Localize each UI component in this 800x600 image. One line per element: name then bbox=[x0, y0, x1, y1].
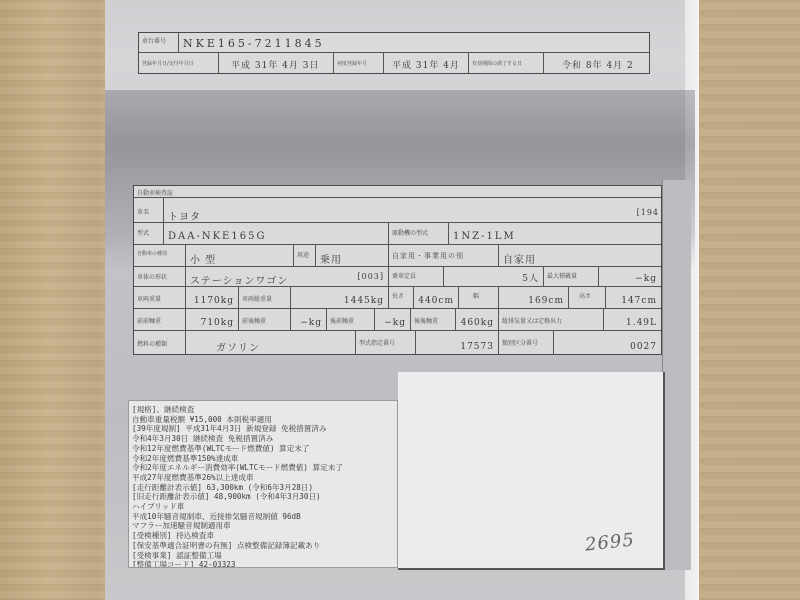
height-value: 147cm bbox=[621, 296, 657, 306]
width-label: 幅 bbox=[473, 291, 479, 300]
front-axle-value: 710kg bbox=[201, 318, 234, 328]
remarks-line: [39年度規制] 平成31年4月3日 新規登録 免税措置済み bbox=[132, 424, 395, 434]
type-designation-label-cell: 型式指定番号 bbox=[356, 331, 416, 354]
front-rear-axle-cell: −kg bbox=[291, 309, 327, 331]
capacity-label: 乗車定員 bbox=[392, 271, 416, 280]
remarks-line: 令和2年度燃費基準150%達成車 bbox=[132, 454, 395, 464]
rear-axle-label: 後後軸重 bbox=[414, 316, 438, 325]
weight-value: 1170kg bbox=[194, 296, 234, 306]
max-load-value: −kg bbox=[635, 274, 657, 284]
type-designation-cell: 17573 bbox=[416, 331, 499, 354]
private-business-cell: 自家用 bbox=[499, 245, 661, 267]
registration-date-label-cell: 登録年月日/交付年月日 bbox=[139, 53, 219, 73]
fuel-label: 燃料の種類 bbox=[137, 339, 167, 348]
engine-model-value: 1NZ-1LM bbox=[453, 231, 516, 242]
category-number-value: 0027 bbox=[630, 342, 657, 352]
max-load-cell: −kg bbox=[599, 267, 661, 287]
vehicle-section-header: 自動車検査証 bbox=[137, 188, 173, 197]
chassis-number-label: 車台番号 bbox=[142, 36, 166, 45]
length-cell: 440cm bbox=[414, 287, 459, 309]
engine-model-label: 原動機の型式 bbox=[392, 228, 428, 237]
first-registration-value: 平成 31年 4月 bbox=[392, 58, 460, 71]
chassis-number-label-cell: 車台番号 bbox=[139, 33, 179, 53]
width-value: 169cm bbox=[528, 296, 564, 306]
first-registration-label-cell: 初度登録年月 bbox=[334, 53, 384, 73]
rear-front-axle-label-cell: 後前軸重 bbox=[327, 309, 375, 331]
front-axle-label: 前前軸重 bbox=[137, 316, 161, 325]
use-label: 用途 bbox=[297, 250, 309, 259]
remarks-line: [受検事業] 認証整備工場 bbox=[132, 551, 395, 561]
expiry-date-label: 有効期間の満了する日 bbox=[472, 60, 522, 67]
front-axle-cell: 710kg bbox=[186, 309, 239, 331]
gross-weight-label-cell: 車両総重量 bbox=[239, 287, 291, 309]
expiry-date-value: 令和 8年 4月 2 bbox=[562, 58, 634, 71]
vehicle-class-cell: 小 型 bbox=[186, 245, 294, 267]
engine-model-cell: 1NZ-1LM bbox=[449, 223, 661, 245]
rear-axle-cell: 460kg bbox=[456, 309, 499, 331]
remarks-line: マフラー加速騒音規制適用車 bbox=[132, 521, 395, 531]
front-rear-axle-value: −kg bbox=[300, 318, 322, 328]
weight-label: 車両重量 bbox=[137, 294, 161, 303]
height-cell: 147cm bbox=[606, 287, 661, 309]
front-rear-axle-label-cell: 前後軸重 bbox=[239, 309, 291, 331]
maker-label-cell: 車名 bbox=[134, 198, 164, 223]
body-shape-cell: ステーションワゴン [003] bbox=[186, 267, 389, 287]
displacement-label: 総排気量又は定格出力 bbox=[502, 316, 562, 325]
length-label-cell: 長さ bbox=[389, 287, 414, 309]
capacity-label-cell: 乗車定員 bbox=[389, 267, 444, 287]
category-number-label-cell: 類別区分番号 bbox=[499, 331, 554, 354]
rear-front-axle-label: 後前軸重 bbox=[330, 316, 354, 325]
remarks-line: 令和2年度エネルギー消費効率(WLTCモード燃費値) 算定未了 bbox=[132, 463, 395, 473]
fuel-label-cell: 燃料の種類 bbox=[134, 331, 186, 354]
weight-cell: 1170kg bbox=[186, 287, 239, 309]
registration-date-value: 平成 31年 4月 3日 bbox=[231, 58, 320, 71]
remarks-line: [受検種別] 持込検査車 bbox=[132, 531, 395, 541]
displacement-cell: 1.49L bbox=[604, 309, 661, 331]
max-load-label: 最大積載量 bbox=[547, 271, 577, 280]
body-shape-code: [003] bbox=[357, 272, 384, 281]
rear-axle-label-cell: 後後軸重 bbox=[411, 309, 456, 331]
gross-weight-cell: 1445kg bbox=[291, 287, 389, 309]
displacement-label-cell: 総排気量又は定格出力 bbox=[499, 309, 604, 331]
category-number-label: 類別区分番号 bbox=[502, 338, 538, 347]
private-business-label: 自家用・事業用の別 bbox=[392, 251, 464, 261]
private-business-value: 自家用 bbox=[503, 251, 536, 266]
length-label: 長さ bbox=[392, 291, 404, 300]
registration-date-label: 登録年月日/交付年月日 bbox=[142, 60, 194, 67]
vehicle-class-label: 自動車の種別 bbox=[137, 250, 167, 257]
remarks-line: 令和12年度燃費基準(WLTCモード燃費値) 算定未了 bbox=[132, 444, 395, 454]
remarks-line: [旧走行距離計表示値] 48,900km (令和4年3月30日) bbox=[132, 492, 395, 502]
capacity-value: 5人 bbox=[522, 271, 539, 284]
body-shape-label: 車体の形状 bbox=[137, 272, 167, 281]
expiry-date-label-cell: 有効期間の満了する日 bbox=[469, 53, 544, 73]
maker-cell: トヨタ [194 bbox=[164, 198, 661, 223]
model-value: DAA-NKE165G bbox=[168, 231, 266, 242]
remarks-line: [保安基準適合証明書の有無] 点検整備記録簿記載あり bbox=[132, 541, 395, 551]
height-label: 高さ bbox=[579, 291, 591, 300]
use-label-cell: 用途 bbox=[294, 245, 316, 267]
remarks-line: 平成27年度燃費基準26%以上達成車 bbox=[132, 473, 395, 483]
registration-date-cell: 平成 31年 4月 3日 bbox=[219, 53, 334, 73]
fuel-value: ガソリン bbox=[216, 339, 260, 354]
category-number-cell: 0027 bbox=[554, 331, 661, 354]
chassis-number-value: NKE165-7211845 bbox=[183, 37, 325, 50]
registration-info-table: 車台番号 NKE165-7211845 登録年月日/交付年月日 平成 31年 4… bbox=[138, 32, 650, 74]
remarks-line: ハイブリッド車 bbox=[132, 502, 395, 512]
first-registration-label: 初度登録年月 bbox=[337, 60, 367, 67]
type-designation-label: 型式指定番号 bbox=[359, 338, 395, 347]
width-label-cell: 幅 bbox=[459, 287, 499, 309]
model-label: 型式 bbox=[137, 228, 149, 237]
maker-label: 車名 bbox=[137, 207, 149, 216]
displacement-value: 1.49L bbox=[626, 318, 657, 328]
rear-front-axle-cell: −kg bbox=[375, 309, 411, 331]
capacity-cell: 5人 bbox=[444, 267, 544, 287]
first-registration-cell: 平成 31年 4月 bbox=[384, 53, 469, 73]
chassis-number-cell: NKE165-7211845 bbox=[179, 33, 649, 53]
type-designation-value: 17573 bbox=[460, 342, 494, 352]
remarks-section: [規格]、継続検査自動車重量税額 ¥15,000 本則税率適用[39年度規制] … bbox=[128, 400, 398, 568]
maker-code: [194 bbox=[637, 208, 659, 217]
maker-value: トヨタ bbox=[168, 208, 201, 223]
gross-weight-value: 1445kg bbox=[344, 296, 384, 306]
remarks-line: [規格]、継続検査 bbox=[132, 405, 395, 415]
model-cell: DAA-NKE165G bbox=[164, 223, 389, 245]
use-value: 乗用 bbox=[320, 251, 342, 266]
body-shape-label-cell: 車体の形状 bbox=[134, 267, 186, 287]
length-value: 440cm bbox=[418, 296, 454, 306]
remarks-line: 平成10年騒音規制車、近接排気騒音規制値 96dB bbox=[132, 512, 395, 522]
fuel-cell: ガソリン bbox=[186, 331, 356, 354]
rear-axle-value: 460kg bbox=[461, 318, 494, 328]
gross-weight-label: 車両総重量 bbox=[242, 294, 272, 303]
model-label-cell: 型式 bbox=[134, 223, 164, 245]
remarks-line: 令和4年3月30日 継続検査 免税措置済み bbox=[132, 434, 395, 444]
front-rear-axle-label: 前後軸重 bbox=[242, 316, 266, 325]
use-cell: 乗用 bbox=[316, 245, 389, 267]
vehicle-spec-table: 自動車検査証 車名 トヨタ [194 型式 DAA-NKE165G 原動機の型式… bbox=[133, 185, 662, 355]
holder-tab bbox=[662, 180, 691, 570]
remarks-line: [整備工場コード] 42-03323 bbox=[132, 560, 395, 568]
engine-model-label-cell: 原動機の型式 bbox=[389, 223, 449, 245]
expiry-date-cell: 令和 8年 4月 2 bbox=[544, 53, 649, 73]
vehicle-class-label-cell: 自動車の種別 bbox=[134, 245, 186, 267]
vehicle-section-header-cell: 自動車検査証 bbox=[134, 186, 661, 198]
rear-front-axle-value: −kg bbox=[384, 318, 406, 328]
height-label-cell: 高さ bbox=[569, 287, 606, 309]
weight-label-cell: 車両重量 bbox=[134, 287, 186, 309]
private-business-label-cell: 自家用・事業用の別 bbox=[389, 245, 499, 267]
body-shape-value: ステーションワゴン bbox=[190, 272, 288, 287]
remarks-line: [走行距離計表示値] 63,300km (令和6年3月28日) bbox=[132, 483, 395, 493]
remarks-line: 自動車重量税額 ¥15,000 本則税率適用 bbox=[132, 415, 395, 425]
max-load-label-cell: 最大積載量 bbox=[544, 267, 599, 287]
front-axle-label-cell: 前前軸重 bbox=[134, 309, 186, 331]
width-cell: 169cm bbox=[499, 287, 569, 309]
vehicle-class-value: 小 型 bbox=[190, 251, 216, 266]
